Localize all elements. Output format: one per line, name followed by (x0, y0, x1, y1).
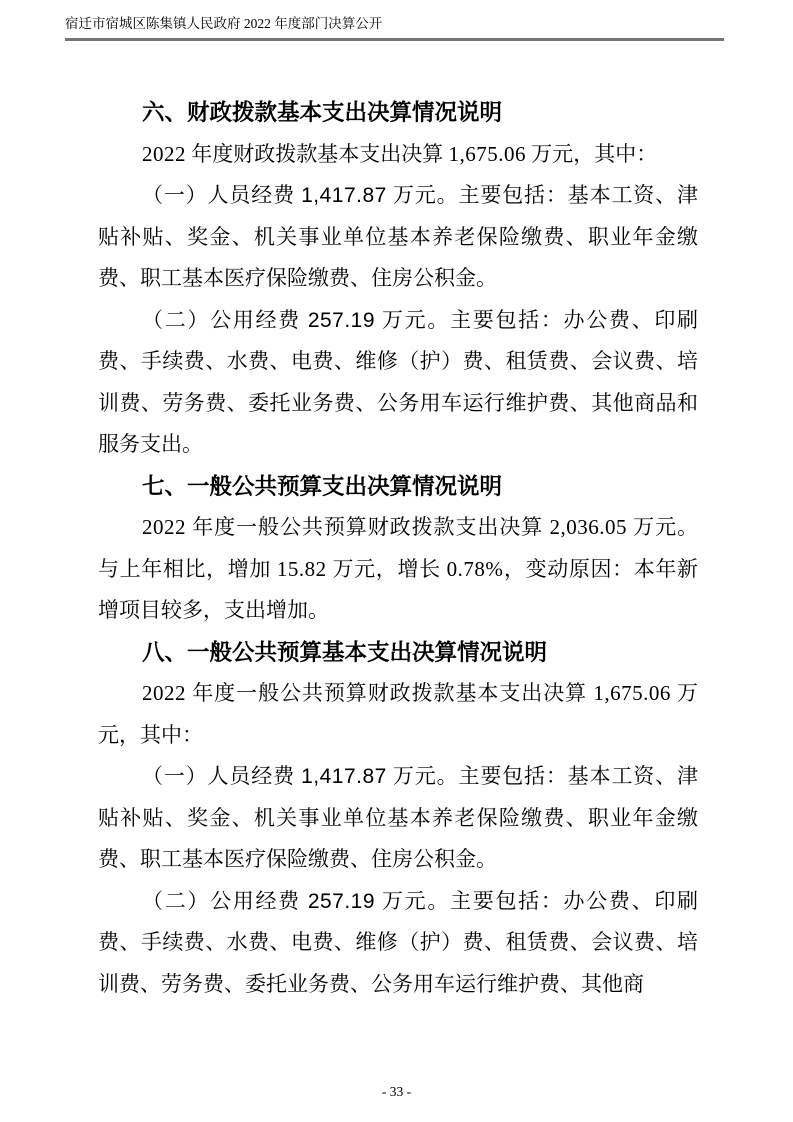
document-body: 六、财政拨款基本支出决算情况说明2022 年度财政拨款基本支出决算 1,675.… (98, 92, 698, 1005)
numeric-value: 2022 (142, 515, 186, 539)
running-header: 宿迁市宿城区陈集镇人民政府 2022 年度部门决算公开 (65, 16, 724, 41)
section-heading: 七、一般公共预算支出决算情况说明 (98, 466, 698, 508)
section-heading: 八、一般公共预算基本支出决算情况说明 (98, 632, 698, 674)
body-paragraph: （一）人员经费 1,417.87 万元。主要包括：基本工资、津贴补贴、奖金、机关… (98, 756, 698, 881)
numeric-value: 1,417.87 (301, 765, 387, 788)
body-paragraph: 2022 年度一般公共预算财政拨款基本支出决算 1,675.06 万元，其中： (98, 673, 698, 756)
numeric-value: 1,417.87 (301, 184, 387, 207)
page-footer: - 33 - (0, 1084, 793, 1100)
section-heading: 六、财政拨款基本支出决算情况说明 (98, 92, 698, 134)
header-title: 宿迁市宿城区陈集镇人民政府 2022 年度部门决算公开 (65, 16, 382, 31)
page-number: - 33 - (382, 1084, 411, 1099)
numeric-value: 2,036.05 (549, 515, 627, 539)
body-paragraph: （二）公用经费 257.19 万元。主要包括：办公费、印刷费、手续费、水费、电费… (98, 881, 698, 1006)
numeric-value: 2022 (142, 681, 186, 705)
numeric-value: 2022 (142, 142, 186, 166)
body-paragraph: 2022 年度财政拨款基本支出决算 1,675.06 万元，其中： (98, 134, 698, 176)
body-paragraph: （一）人员经费 1,417.87 万元。主要包括：基本工资、津贴补贴、奖金、机关… (98, 175, 698, 300)
numeric-value: 257.19 (308, 309, 375, 332)
numeric-value: 257.19 (308, 890, 375, 913)
numeric-value: 15.82 (277, 557, 327, 581)
numeric-value: 1,675.06 (593, 681, 671, 705)
body-paragraph: （二）公用经费 257.19 万元。主要包括：办公费、印刷费、手续费、水费、电费… (98, 300, 698, 466)
document-page: 宿迁市宿城区陈集镇人民政府 2022 年度部门决算公开 六、财政拨款基本支出决算… (0, 0, 793, 1122)
body-paragraph: 2022 年度一般公共预算财政拨款支出决算 2,036.05 万元。与上年相比，… (98, 507, 698, 632)
numeric-value: 1,675.06 (449, 142, 527, 166)
numeric-value: 0.78% (447, 557, 504, 581)
